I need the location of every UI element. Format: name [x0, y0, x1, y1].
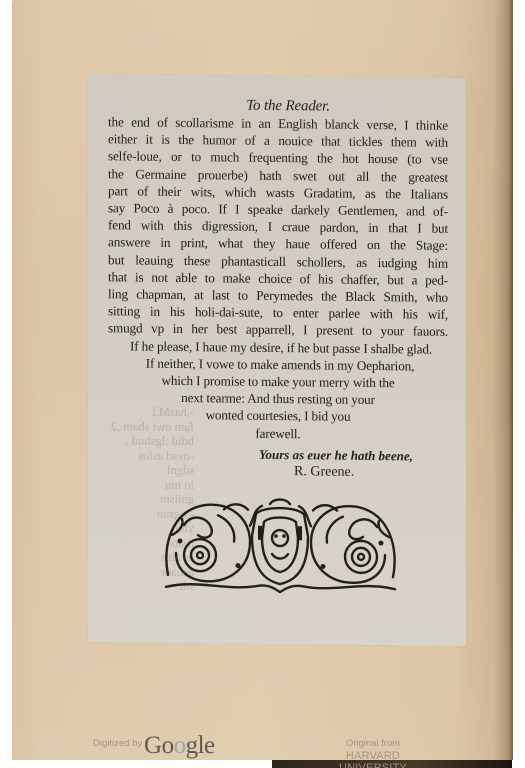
digitized-by-label: Digitized by — [93, 738, 142, 749]
bleed-line: -ovsd aslos — [94, 448, 194, 464]
scan-edge — [0, 760, 525, 768]
original-from-label: Original from — [312, 738, 434, 750]
google-logo: Google — [144, 732, 215, 760]
logo-letter: g — [186, 732, 198, 759]
logo-letter: G — [144, 732, 162, 759]
page-text: To the Reader. the end of scollarisme in… — [108, 96, 448, 443]
facsimile-plate: -.hasM,l fam owt sbam ,2 bdid :lgshud . … — [88, 74, 466, 646]
institution-name: HARVARD UNIVERSITY — [312, 750, 434, 768]
bleed-line: io tnu — [94, 477, 194, 493]
logo-letter: e — [204, 732, 215, 759]
signature-name: R. Greene. — [294, 463, 413, 481]
logo-letter: o — [174, 732, 186, 759]
logo-letter: o — [162, 732, 174, 759]
signature-block: Yours as euer he hath beene, R. Greene. — [259, 446, 413, 482]
source-attribution: Original from HARVARD UNIVERSITY — [312, 738, 434, 768]
signature-salutation: Yours as euer he hath beene, — [259, 446, 413, 465]
book-page: -.hasM,l fam owt sbam ,2 bdid :lgshud . … — [12, 0, 513, 760]
text-line: farewell. — [108, 423, 448, 444]
printers-ornament-icon — [158, 495, 403, 596]
bleed-line: sdgnl — [94, 462, 194, 478]
text-line: If neither, I vowe to make amends in my … — [108, 354, 448, 375]
